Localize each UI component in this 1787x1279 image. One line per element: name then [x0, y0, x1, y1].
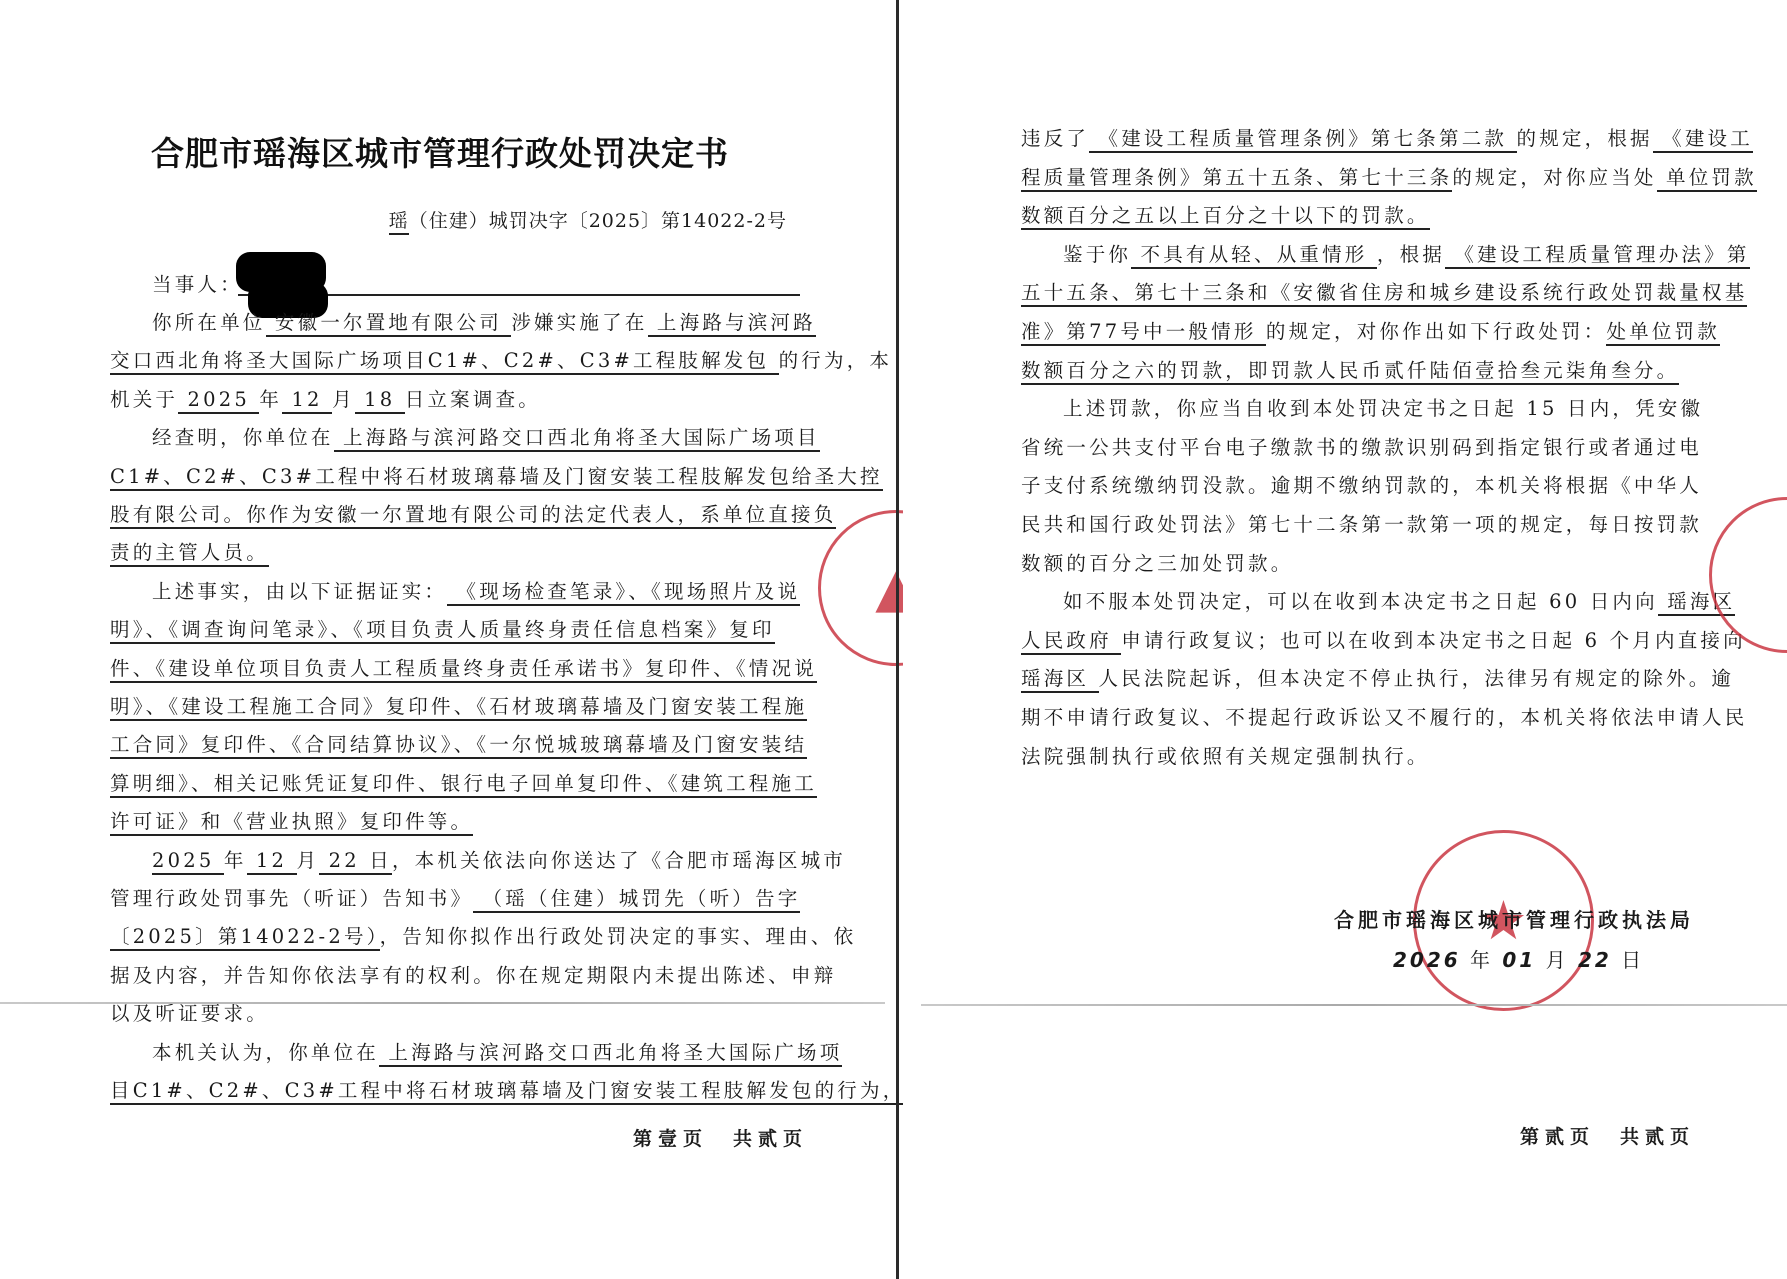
text-line: 算明细》、相关记账凭证复印件、银行电子回单复印件、《建筑工程施工 — [110, 771, 817, 797]
text-segment: 管理行政处罚事先（听证）告知书》 — [110, 887, 473, 910]
underlined-fill: 数额百分之六的罚款，即罚款人民币贰仟陆佰壹拾叁元柒角叁分。 — [1021, 359, 1679, 385]
underlined-fill: 交口西北角将圣大国际广场项目C1#、C2#、C3#工程肢解发包 — [110, 349, 779, 375]
text-line: 股有限公司。你作为安徽一尔置地有限公司的法定代表人，系单位直接负 — [110, 502, 836, 528]
underlined-fill: 股有限公司。你作为安徽一尔置地有限公司的法定代表人，系单位直接负 — [110, 503, 836, 529]
underlined-fill: 许可证》和《营业执照》复印件等。 — [110, 810, 473, 836]
text-segment: 违反了 — [1021, 127, 1089, 150]
year-label: 年 — [1470, 948, 1493, 972]
underlined-fill: 上海路与滨河路交口西北角将圣大国际广场项目 — [334, 426, 820, 452]
text-line: 明》、《建设工程施工合同》复印件、《石材玻璃幕墙及门窗安装工程施 — [110, 694, 807, 720]
underlined-fill: 不具有从轻、从重情形 — [1131, 243, 1377, 269]
underlined-fill: 件、《建设单位项目负责人工程质量终身责任承诺书》复印件、《情况说 — [110, 657, 817, 683]
underlined-fill: 人民政府 — [1021, 629, 1121, 655]
text-line: 五十五条、第七十三条和《安徽省住房和城乡建设系统行政处罚裁量权基 — [1021, 280, 1747, 306]
text-segment: 申请行政复议；也可以在收到本决定书之日起 6 个月内直接向 — [1121, 629, 1746, 652]
underlined-fill: 准》第77号中一般情形 — [1021, 320, 1266, 346]
text-line: 明》、《调查询问笔录》、《项目负责人质量终身责任信息档案》复印 — [110, 617, 775, 643]
underlined-fill: 〔2025〕第14022-2号） — [110, 925, 380, 951]
underlined-fill: 处单位罚款 — [1606, 320, 1720, 346]
text-segment: 据及内容，并告知你依法享有的权利。你在规定期限内未提出陈述、申辩 — [110, 964, 836, 987]
text-segment: 年 — [224, 849, 247, 872]
underlined-fill: 明》、《调查询问笔录》、《项目负责人质量终身责任信息档案》复印 — [110, 618, 775, 644]
text-line: 本机关认为，你单位在 上海路与滨河路交口西北角将圣大国际广场项 — [152, 1040, 842, 1066]
text-line: 工合同》复印件、《合同结算协议》、《一尔悦城玻璃幕墙及门窗安装结 — [110, 732, 807, 758]
underlined-fill: 《建设工程质量管理条例》第七条第二款 — [1089, 127, 1516, 153]
text-segment: 的规定，根据 — [1517, 127, 1653, 150]
text-line: 民共和国行政处罚法》第七十二条第一款第一项的规定，每日按罚款 — [1021, 512, 1702, 538]
text-line: 鉴于你 不具有从轻、从重情形 ，根据 《建设工程质量管理办法》第 — [1063, 242, 1750, 268]
underlined-fill: 《建设工 — [1653, 127, 1753, 153]
underlined-fill: 数额百分之五以上百分之十以下的罚款。 — [1021, 204, 1430, 230]
document-number-prefix: 瑶 — [389, 210, 409, 235]
text-segment: 民共和国行政处罚法》第七十二条第一款第一项的规定，每日按罚款 — [1021, 513, 1702, 536]
text-line: 据及内容，并告知你依法享有的权利。你在规定期限内未提出陈述、申辩 — [110, 963, 836, 989]
text-line: 你所在单位 安徽一尔置地有限公司 涉嫌实施了在 上海路与滨河路 — [152, 310, 816, 336]
underlined-fill: 目C1#、C2#、C3#工程中将石材玻璃幕墙及门窗安装工程肢解发包的行为， — [110, 1079, 905, 1105]
underlined-fill: 12 — [282, 388, 332, 414]
underlined-fill: 2025 — [178, 388, 259, 414]
text-line: 子支付系统缴纳罚没款。逾期不缴纳罚款的，本机关将根据《中华人 — [1021, 473, 1702, 499]
fold-line — [921, 1004, 1787, 1006]
underlined-fill: 上海路与滨河路 — [648, 311, 816, 337]
underlined-fill: 算明细》、相关记账凭证复印件、银行电子回单复印件、《建筑工程施工 — [110, 772, 817, 798]
text-line: 许可证》和《营业执照》复印件等。 — [110, 809, 473, 835]
text-line: 件、《建设单位项目负责人工程质量终身责任承诺书》复印件、《情况说 — [110, 656, 817, 682]
underlined-fill: （瑶（住建）城罚先（听）告字 — [473, 887, 800, 913]
page-one: 合肥市瑶海区城市管理行政处罚决定书 瑶（住建）城罚决字〔2025〕第14022-… — [0, 0, 890, 1279]
text-segment: 上述事实，由以下证据证实： — [152, 580, 447, 603]
text-segment: 本机关认为，你单位在 — [152, 1041, 379, 1064]
page-number: 第壹页 共贰页 — [633, 1124, 808, 1151]
text-line: 期不申请行政复议、不提起行政诉讼又不履行的，本机关将依法申请人民 — [1021, 705, 1747, 731]
underlined-fill: 工合同》复印件、《合同结算协议》、《一尔悦城玻璃幕墙及门窗安装结 — [110, 733, 807, 759]
sign-date: 2026 年 01 月 22 日 — [1393, 944, 1644, 973]
text-line: 上述罚款，你应当自收到本处罚决定书之日起 15 日内，凭安徽 — [1063, 396, 1703, 422]
text-line: 程质量管理条例》第五十五条、第七十三条的规定，对你应当处 单位罚款 — [1021, 165, 1757, 191]
text-segment: 机关于 — [110, 388, 178, 411]
text-segment: 涉嫌实施了在 — [511, 311, 647, 334]
text-line: 〔2025〕第14022-2号），告知你拟作出行政处罚决定的事实、理由、依 — [110, 924, 856, 950]
underlined-fill: 单位罚款 — [1657, 166, 1757, 192]
party-label: 当事人： — [152, 272, 243, 298]
text-segment: 上述罚款，你应当自收到本处罚决定书之日起 15 日内，凭安徽 — [1063, 397, 1703, 420]
page-two: 违反了 《建设工程质量管理条例》第七条第二款 的规定，根据 《建设工程质量管理条… — [903, 0, 1787, 1279]
month-label: 月 — [1546, 948, 1569, 972]
text-segment: 人民法院起诉，但本决定不停止执行，法律另有规定的除外。逾 — [1099, 667, 1735, 690]
text-line: 责的主管人员。 — [110, 540, 269, 566]
day-label: 日 — [1621, 948, 1644, 972]
text-line: 交口西北角将圣大国际广场项目C1#、C2#、C3#工程肢解发包 的行为，本 — [110, 348, 892, 374]
text-segment: 的规定，对你作出如下行政处罚： — [1266, 320, 1607, 343]
text-segment: 省统一公共支付平台电子缴款书的缴款识别码到指定银行或者通过电 — [1021, 436, 1702, 459]
text-line: 管理行政处罚事先（听证）告知书》 （瑶（住建）城罚先（听）告字 — [110, 886, 800, 912]
underlined-fill: 安徽一尔置地有限公司 — [266, 311, 512, 337]
text-segment: 期不申请行政复议、不提起行政诉讼又不履行的，本机关将依法申请人民 — [1021, 706, 1747, 729]
text-line: 违反了 《建设工程质量管理条例》第七条第二款 的规定，根据 《建设工 — [1021, 126, 1753, 152]
underlined-fill: 责的主管人员。 — [110, 541, 269, 567]
underlined-fill: 瑶海区 — [1021, 667, 1099, 693]
text-segment: 子支付系统缴纳罚没款。逾期不缴纳罚款的，本机关将根据《中华人 — [1021, 474, 1702, 497]
text-line: 机关于 2025 年 12 月 18 日立案调查。 — [110, 387, 541, 413]
underlined-fill: 《现场检查笔录》、《现场照片及说 — [447, 580, 800, 606]
text-line: 法院强制执行或依照有关规定强制执行。 — [1021, 744, 1430, 770]
document-title: 合肥市瑶海区城市管理行政处罚决定书 — [0, 128, 880, 175]
text-segment: 鉴于你 — [1063, 243, 1131, 266]
underlined-fill: 五十五条、第七十三条和《安徽省住房和城乡建设系统行政处罚裁量权基 — [1021, 281, 1747, 307]
underlined-fill: 2025 — [152, 849, 224, 875]
text-segment: 日立案调查。 — [405, 388, 541, 411]
text-line: 数额百分之六的罚款，即罚款人民币贰仟陆佰壹拾叁元柒角叁分。 — [1021, 358, 1679, 384]
text-line: 数额的百分之三加处罚款。 — [1021, 551, 1293, 577]
text-segment: 如不服本处罚决定，可以在收到本决定书之日起 60 日内向 — [1063, 590, 1658, 613]
text-line: 上述事实，由以下证据证实： 《现场检查笔录》、《现场照片及说 — [152, 579, 800, 605]
text-line: 目C1#、C2#、C3#工程中将石材玻璃幕墙及门窗安装工程肢解发包的行为， — [110, 1078, 905, 1104]
sign-month: 01 — [1502, 948, 1536, 972]
text-line: 以及听证要求。 — [110, 1001, 269, 1027]
text-line: 准》第77号中一般情形 的规定，对你作出如下行政处罚：处单位罚款 — [1021, 319, 1720, 345]
fold-line — [0, 1002, 885, 1004]
page-number: 第贰页 共贰页 — [1520, 1122, 1695, 1149]
sign-day: 22 — [1578, 948, 1612, 972]
text-line: C1#、C2#、C3#工程中将石材玻璃幕墙及门窗安装工程肢解发包给圣大控 — [110, 464, 883, 490]
text-segment: 月 — [297, 849, 320, 872]
text-line: 瑶海区 人民法院起诉，但本决定不停止执行，法律另有规定的除外。逾 — [1021, 666, 1734, 692]
underlined-fill: 12 — [247, 849, 297, 875]
text-segment: 以及听证要求。 — [110, 1002, 269, 1025]
text-line: 2025 年 12 月 22 日，本机关依法向你送达了《合肥市瑶海区城市 — [152, 848, 846, 874]
underlined-fill: 《建设工程质量管理办法》第 — [1445, 243, 1750, 269]
text-line: 省统一公共支付平台电子缴款书的缴款识别码到指定银行或者通过电 — [1021, 435, 1702, 461]
text-segment: ，本机关依法向你送达了《合肥市瑶海区城市 — [392, 849, 846, 872]
underlined-fill: 明》、《建设工程施工合同》复印件、《石材玻璃幕墙及门窗安装工程施 — [110, 695, 807, 721]
underlined-fill: 上海路与滨河路交口西北角将圣大国际广场项 — [379, 1041, 842, 1067]
underlined-fill: C1#、C2#、C3#工程中将石材玻璃幕墙及门窗安装工程肢解发包给圣大控 — [110, 465, 883, 491]
text-segment: 法院强制执行或依照有关规定强制执行。 — [1021, 745, 1430, 768]
text-segment: 的规定，对你应当处 — [1452, 166, 1656, 189]
text-segment: 经查明，你单位在 — [152, 426, 334, 449]
text-line: 如不服本处罚决定，可以在收到本决定书之日起 60 日内向 瑶海区 — [1063, 589, 1735, 615]
text-segment: ，告知你拟作出行政处罚决定的事实、理由、依 — [380, 925, 857, 948]
page-divider — [896, 0, 899, 1279]
text-line: 人民政府 申请行政复议；也可以在收到本决定书之日起 6 个月内直接向 — [1021, 628, 1746, 654]
underlined-fill: 程质量管理条例》第五十五条、第七十三条 — [1021, 166, 1452, 192]
underlined-fill: 22 日 — [319, 849, 392, 875]
document-number: 瑶（住建）城罚决字〔2025〕第14022-2号 — [389, 206, 787, 233]
text-line: 经查明，你单位在 上海路与滨河路交口西北角将圣大国际广场项目 — [152, 425, 820, 451]
underlined-fill: 18 — [355, 388, 405, 414]
text-segment: 数额的百分之三加处罚款。 — [1021, 552, 1293, 575]
text-segment: ，根据 — [1377, 243, 1445, 266]
document-number-rest: （住建）城罚决字〔2025〕第14022-2号 — [409, 210, 787, 232]
text-line: 数额百分之五以上百分之十以下的罚款。 — [1021, 203, 1430, 229]
text-segment: 你所在单位 — [152, 311, 266, 334]
text-segment: 月 — [332, 388, 355, 411]
text-segment: 年 — [259, 388, 282, 411]
sign-year: 2026 — [1393, 948, 1461, 972]
text-segment: 的行为，本 — [779, 349, 893, 372]
issuer-name: 合肥市瑶海区城市管理行政执法局 — [1334, 904, 1694, 933]
